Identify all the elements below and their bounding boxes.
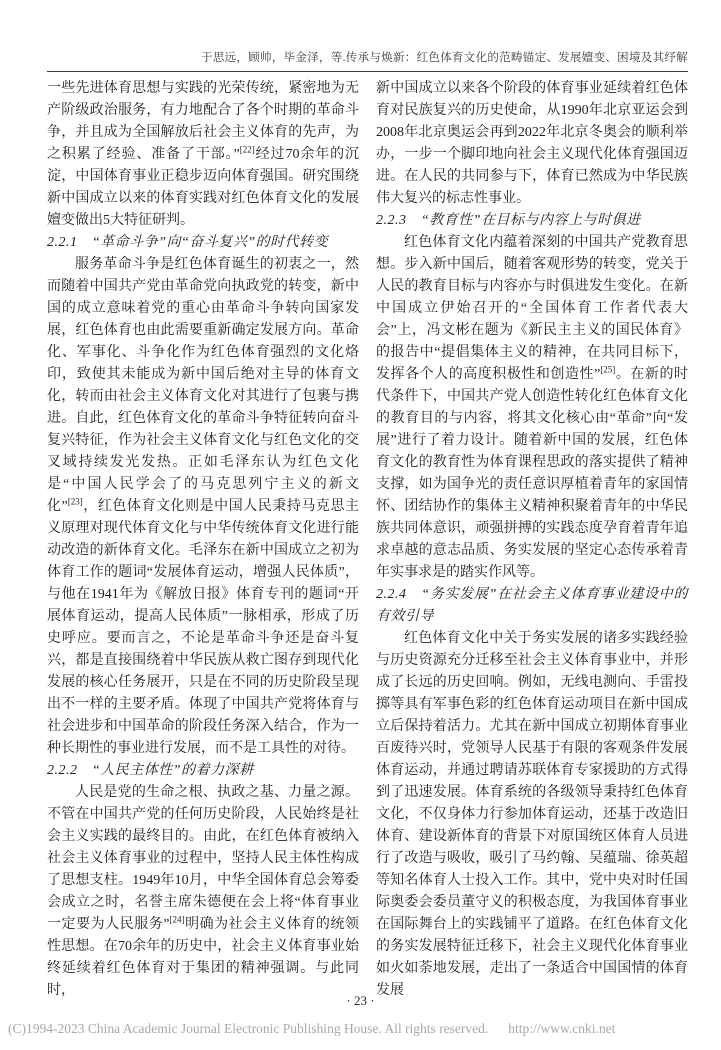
section-heading: 2.2.4 “务实发展”在社会主义体育事业建设中的有效引导 [376, 584, 688, 628]
page-number: · 23 · [0, 993, 721, 1009]
section-heading: 2.2.3 “教育性”在目标与内容上与时俱进 [376, 210, 688, 232]
citation-ref: [24] [170, 914, 185, 924]
citation-ref: [25] [600, 364, 615, 374]
header-rule [47, 71, 688, 72]
running-head-title: 于思远，顾帅，毕金泽，等.传承与焕新：红色体育文化的范畴锚定、发展嬗变、困境及其… [47, 49, 688, 65]
right-column: 新中国成立以来各个阶段的体育事业延续着红色体育对民族复兴的历史使命，从1990年… [376, 78, 688, 1002]
section-heading: 2.2.1 “革命斗争”向“奋斗复兴”的时代转变 [47, 232, 359, 254]
section-heading: 2.2.2 “人民主体性”的着力深耕 [47, 760, 359, 782]
left-column: 一些先进体育思想与实践的光荣传统，紧密地为无产阶级政治服务，有力地配合了各个时期… [47, 78, 359, 1002]
body-paragraph: 服务革命斗争是红色体育诞生的初衷之一，然而随着中国共产党由革命党向执政党的转变，… [47, 254, 359, 760]
body-paragraph: 红色体育文化内蕴着深刻的中国共产党教育思想。步入新中国后，随着客观形势的转变，党… [376, 232, 688, 584]
copyright-text: (C)1994-2023 China Academic Journal Elec… [8, 1021, 488, 1036]
body-paragraph: 红色体育文化中关于务实发展的诸多实践经验与历史资源充分迁移至社会主义体育事业中，… [376, 628, 688, 1002]
paper-page: 于思远，顾帅，毕金泽，等.传承与焕新：红色体育文化的范畴锚定、发展嬗变、困境及其… [0, 0, 721, 1050]
copyright-bar: (C)1994-2023 China Academic Journal Elec… [8, 1021, 713, 1037]
two-column-body: 一些先进体育思想与实践的光荣传统，紧密地为无产阶级政治服务，有力地配合了各个时期… [47, 78, 688, 1002]
cnki-url-link[interactable]: http://www.cnki.net [508, 1021, 615, 1036]
body-paragraph: 新中国成立以来各个阶段的体育事业延续着红色体育对民族复兴的历史使命，从1990年… [376, 78, 688, 210]
body-paragraph: 人民是党的生命之根、执政之基、力量之源。不管在中国共产党的任何历史阶段，人民始终… [47, 782, 359, 1002]
citation-ref: [22] [240, 144, 255, 154]
body-paragraph: 一些先进体育思想与实践的光荣传统，紧密地为无产阶级政治服务，有力地配合了各个时期… [47, 78, 359, 232]
citation-ref: [23] [68, 496, 83, 506]
